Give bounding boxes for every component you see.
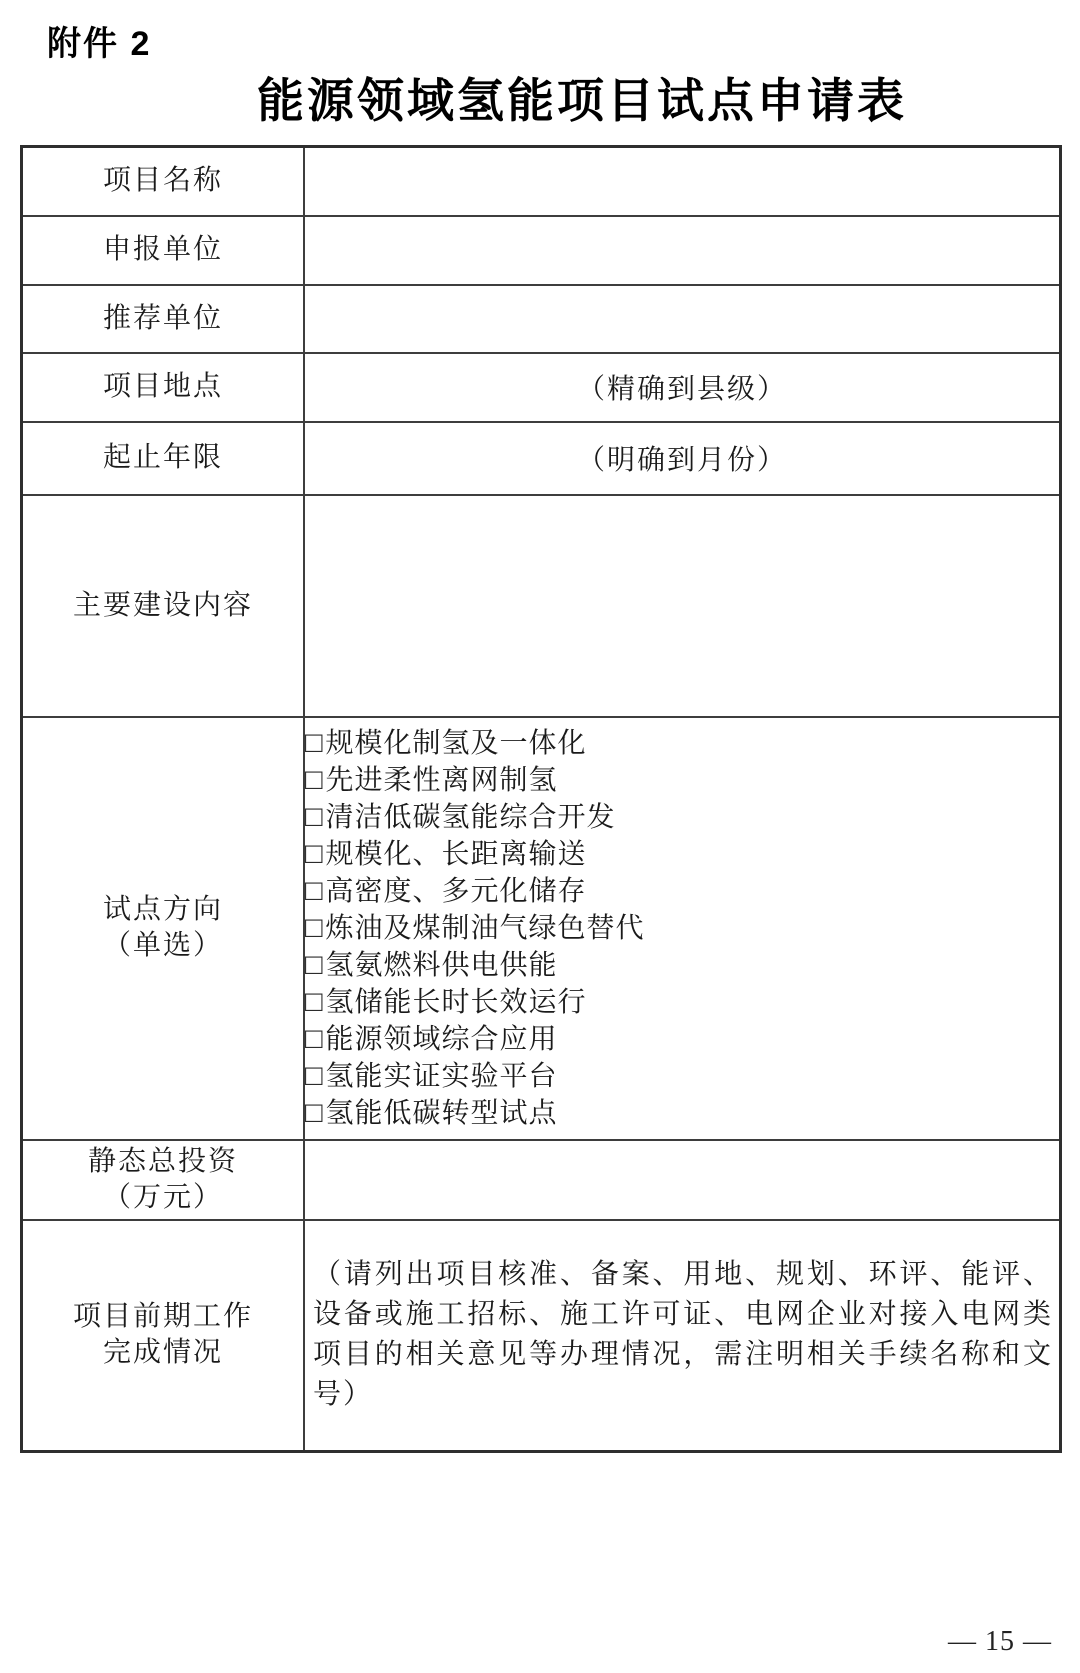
checkbox-icon: □ [305,799,324,835]
checkbox-option: □规模化、长距离输送 [305,836,1059,873]
prework-note: （请列出项目核准、备案、用地、规划、环评、能评、设备或施工招标、施工许可证、电网… [313,1255,1053,1415]
investment-label-line: （万元） [23,1180,303,1216]
table-row: 推荐单位 [22,285,1061,353]
checkbox-option: □氢能实证实验平台 [305,1058,1059,1095]
row-label: 主要建设内容 [22,495,305,717]
row-value [304,1140,1061,1220]
checkbox-icon: □ [305,1095,324,1131]
checkbox-option-label: 氢储能长时长效运行 [326,987,587,1018]
checkbox-option-label: 氢氨燃料供电供能 [326,950,558,981]
table-row: 试点方向 （单选） □规模化制氢及一体化 □先进柔性离网制氢 □清洁低碳氢能综合… [22,717,1061,1140]
prework-label: 项目前期工作 完成情况 [22,1220,305,1452]
checkbox-option-label: 炼油及煤制油气绿色替代 [326,913,645,944]
row-label: 推荐单位 [22,285,305,353]
checkbox-option-label: 能源领域综合应用 [326,1024,558,1055]
table-row: 申报单位 [22,216,1061,285]
pilot-direction-label: 试点方向 （单选） [22,717,305,1140]
checkbox-option-label: 氢能低碳转型试点 [326,1098,558,1129]
checkbox-option: □规模化制氢及一体化 [305,725,1059,762]
row-label: 项目地点 [22,353,305,422]
row-value: （明确到月份） [304,422,1061,495]
prework-label-line: 项目前期工作 [23,1299,303,1335]
checkbox-option-label: 规模化制氢及一体化 [326,728,587,759]
row-value [304,495,1061,717]
checkbox-option: □高密度、多元化储存 [305,873,1059,910]
pilot-direction-options: □规模化制氢及一体化 □先进柔性离网制氢 □清洁低碳氢能综合开发 □规模化、长距… [304,717,1061,1140]
checkbox-option-label: 先进柔性离网制氢 [326,765,558,796]
checkbox-option-label: 清洁低碳氢能综合开发 [326,802,616,833]
table-row: 静态总投资 （万元） [22,1140,1061,1220]
checkbox-option: □清洁低碳氢能综合开发 [305,799,1059,836]
attachment-label: 附件 2 [47,16,151,65]
page-number: — 15 — [948,1626,1052,1658]
checkbox-option: □炼油及煤制油气绿色替代 [305,910,1059,947]
table-row: 起止年限 （明确到月份） [22,422,1061,495]
table-row: 项目名称 [22,147,1061,216]
checkbox-icon: □ [305,873,324,909]
prework-label-line: 完成情况 [23,1335,303,1371]
checkbox-icon: □ [305,725,324,761]
row-label: 项目名称 [22,147,305,216]
checkbox-icon: □ [305,836,324,872]
page-title: 能源领域氢能项目试点申请表 [0,64,1080,131]
table-row: 主要建设内容 [22,495,1061,717]
checkbox-icon: □ [305,984,324,1020]
row-value [304,285,1061,353]
checkbox-icon: □ [305,1021,324,1057]
checkbox-option: □氢储能长时长效运行 [305,984,1059,1021]
row-label: 起止年限 [22,422,305,495]
row-value [304,216,1061,285]
row-label: 申报单位 [22,216,305,285]
checkbox-option: □先进柔性离网制氢 [305,762,1059,799]
investment-label-line: 静态总投资 [23,1144,303,1180]
pilot-direction-label-line: （单选） [23,928,303,964]
row-value [304,147,1061,216]
checkbox-icon: □ [305,910,324,946]
table-row: 项目前期工作 完成情况 （请列出项目核准、备案、用地、规划、环评、能评、设备或施… [22,1220,1061,1452]
checkbox-icon: □ [305,762,324,798]
checkbox-option: □氢氨燃料供电供能 [305,947,1059,984]
pilot-direction-label-line: 试点方向 [23,892,303,928]
checkbox-option: □氢能低碳转型试点 [305,1095,1059,1132]
checkbox-option-label: 规模化、长距离输送 [326,839,587,870]
checkbox-icon: □ [305,947,324,983]
checkbox-option-label: 高密度、多元化储存 [326,876,587,907]
checkbox-icon: □ [305,1058,324,1094]
application-form-table: 项目名称 申报单位 推荐单位 项目地点 （精确到县级） 起止年限 （明确到月份）… [20,145,1062,1453]
investment-label: 静态总投资 （万元） [22,1140,305,1220]
prework-note-cell: （请列出项目核准、备案、用地、规划、环评、能评、设备或施工招标、施工许可证、电网… [304,1220,1061,1452]
checkbox-option-label: 氢能实证实验平台 [326,1061,558,1092]
row-value: （精确到县级） [304,353,1061,422]
checkbox-option: □能源领域综合应用 [305,1021,1059,1058]
table-row: 项目地点 （精确到县级） [22,353,1061,422]
